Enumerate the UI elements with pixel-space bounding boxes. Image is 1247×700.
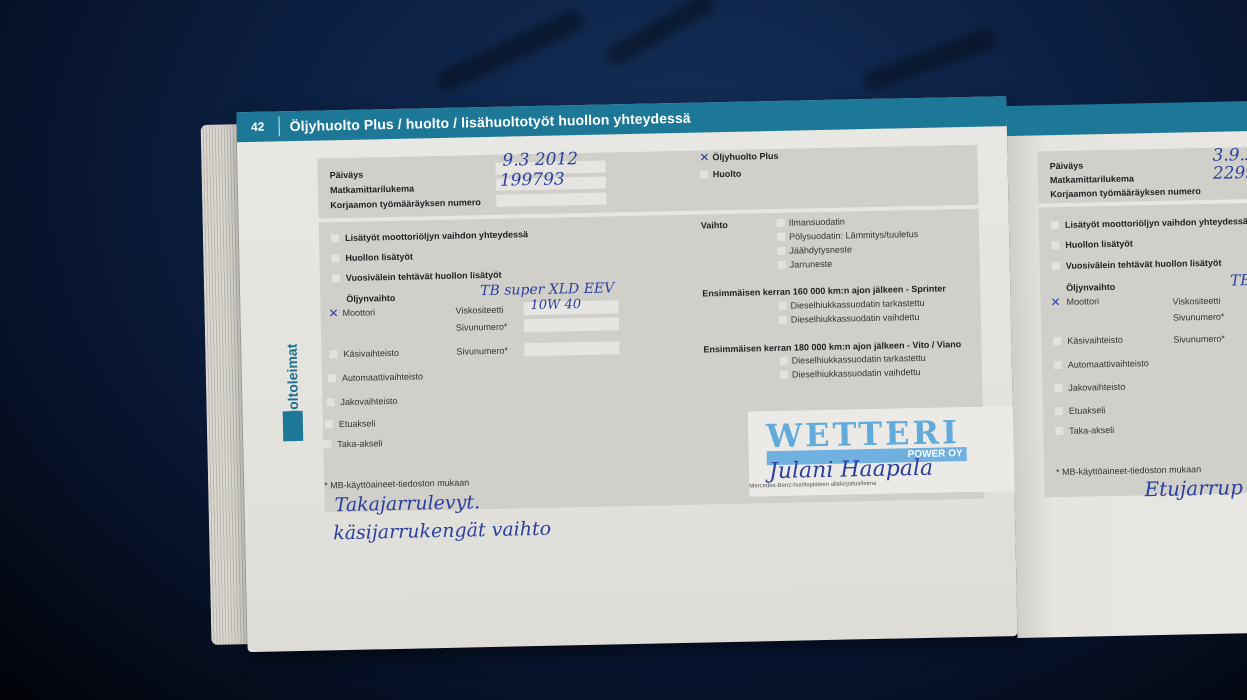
other-item: Taka-akseli [337,438,382,449]
checkbox [1054,384,1062,392]
viscosity-value: 10W 40 [530,297,581,313]
service-huolto: Huolto [713,169,742,180]
right-manual-page-label: Sivunumero* [1173,334,1225,345]
checkbox [777,219,785,227]
other-item: Jakovaihteisto [340,396,397,407]
checkbox [328,374,336,382]
extra-work-item: Huollon lisätyöt [345,252,413,263]
right-odometer-label: Matkamittarilukema [1050,173,1134,185]
right-other-item: Jakovaihteisto [1068,382,1125,393]
checkbox [778,302,786,310]
checkbox [1055,407,1063,415]
checkbox [777,233,785,241]
right-manual-label: Käsivaihteisto [1067,335,1123,346]
page-number-label: Sivunumero* [456,322,508,333]
checked-mark: ✕ [328,306,338,320]
checkbox [1051,221,1059,229]
page-number: 42 [236,116,279,137]
section-tab-marker [283,411,304,441]
carpet-texture [433,7,587,95]
checkbox [1051,241,1059,249]
date-label: Päiväys [330,170,364,181]
signature: Julani Haapala [769,456,934,484]
checkbox [331,254,339,262]
checkbox [331,234,339,242]
checkbox [332,274,340,282]
checkbox [778,261,786,269]
checkbox [323,440,331,448]
replacement-heading: Vaihto [701,220,728,231]
oil-change-heading: Öljynvaihto [346,293,395,304]
date-value: 9.3 2012 [502,149,578,171]
other-item: Etuakseli [339,418,376,429]
page-number-field [524,317,619,332]
right-other-item: Taka-akseli [1069,425,1114,436]
right-odometer-value: 2299 [1213,163,1247,184]
other-item: Automaattivaihteisto [342,371,423,383]
checkbox [1052,262,1060,270]
checkbox-huolto [700,170,708,178]
odometer-label: Matkamittarilukema [330,184,414,196]
replacement-item: Jarruneste [790,259,833,270]
right-handwritten-note: Etujarrup [1144,475,1243,501]
page-title: Öljyhuolto Plus / huolto / lisähuoltotyö… [280,110,691,135]
right-page-label: Sivunumero* [1173,312,1225,323]
checkbox [779,316,787,324]
manual-gearbox-label: Käsivaihteisto [343,348,399,359]
right-engine-label: Moottori [1066,296,1099,307]
handwritten-note-2: käsijarrukengät vaihto [333,518,551,545]
engine-label: Moottori [342,307,375,318]
right-other-item: Automaattivaihteisto [1068,358,1149,370]
checked-mark: ✕ [1050,295,1060,309]
right-page: Päiväys 3.9.2 Matkamittarilukema 2299 Ko… [1007,111,1247,638]
replacement-item: Ilmansuodatin [789,217,845,228]
manual-page-field [524,341,619,356]
service-oil-plus: Öljyhuolto Plus [712,151,778,162]
right-other-item: Etuakseli [1069,405,1106,416]
workorder-field [496,193,606,207]
right-date-label: Päiväys [1050,161,1084,172]
checked-mark: ✕ [699,150,709,164]
checkbox [1054,361,1062,369]
checkbox [1053,337,1061,345]
left-page: 42 Öljyhuolto Plus / huolto / lisähuolto… [236,96,1017,652]
checkbox [329,350,337,358]
viscosity-label: Viskositeetti [455,305,503,316]
replacement-item: Jäähdytysneste [789,244,852,255]
right-viscosity-label: Viskositeetti [1172,296,1220,307]
checkbox [1055,427,1063,435]
manual-page-label: Sivunumero* [456,346,508,357]
right-oil-heading: Öljynvaihto [1066,282,1115,293]
page-header: 42 Öljyhuolto Plus / huolto / lisähuolto… [236,96,1006,142]
dealer-stamp: WETTERI POWER OY Mercedes-Benz-huoltopis… [748,406,1020,497]
checkbox [326,398,334,406]
carpet-texture [603,0,717,69]
checkbox [780,371,788,379]
handwritten-note-1: Takajarrulevyt. [334,491,480,516]
oil-brand-value: TB super XLD EEV [480,280,614,299]
checkbox [325,420,333,428]
right-oil-brand: TB S [1230,271,1247,290]
right-page-header [1006,99,1247,136]
right-extra-work-item: Huollon lisätyöt [1065,238,1133,249]
odometer-value: 199793 [500,169,565,190]
checkbox [780,357,788,365]
service-booklet: 42 Öljyhuolto Plus / huolto / lisähuolto… [200,72,1247,655]
checkbox [777,247,785,255]
